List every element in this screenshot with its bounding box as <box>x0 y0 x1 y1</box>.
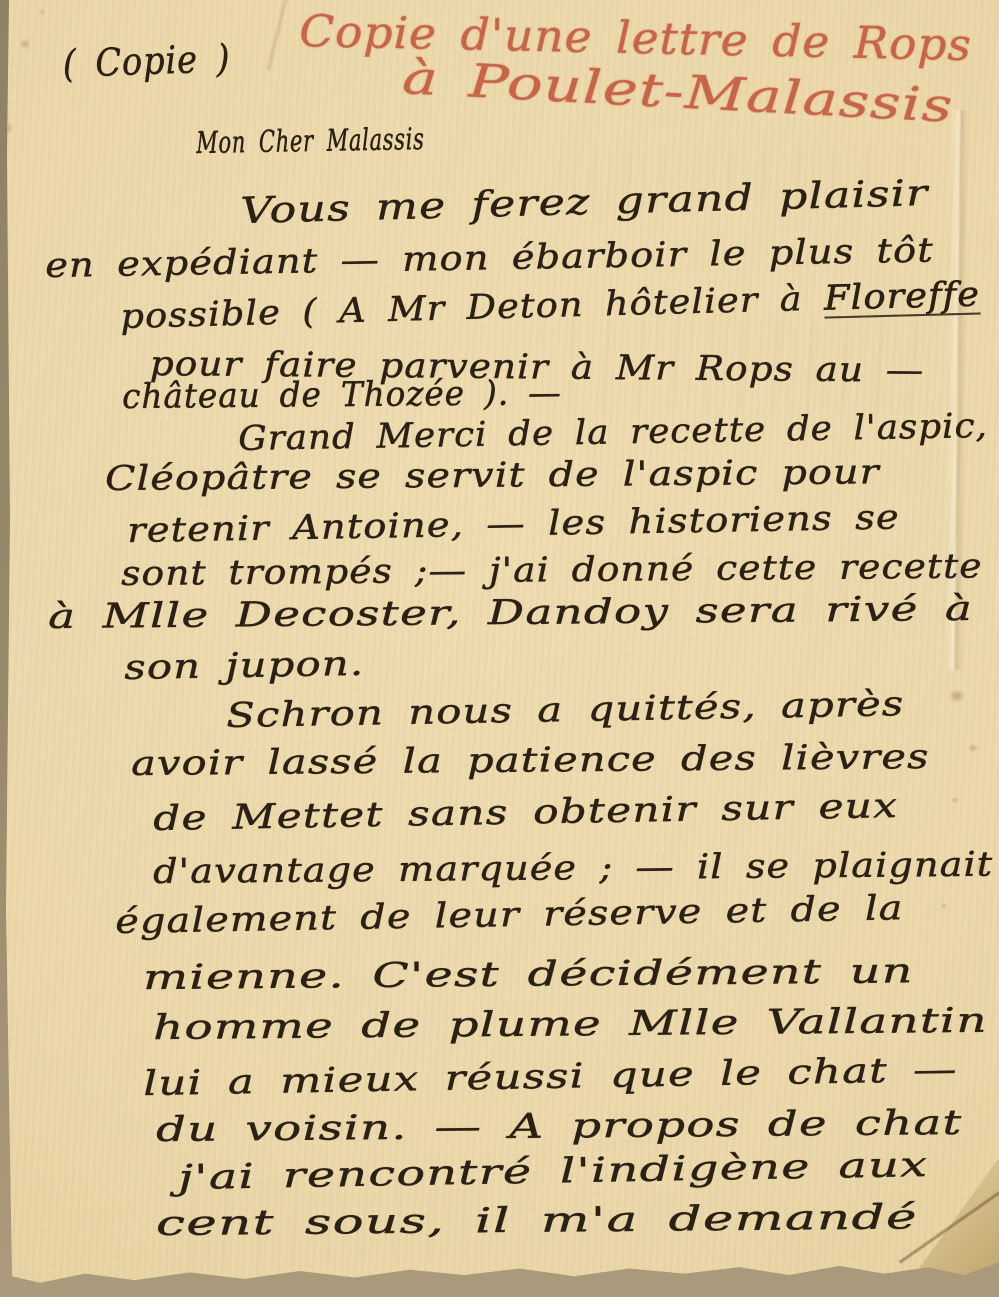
letter-line: également de leur réserve et de la <box>115 888 904 943</box>
copy-note: ( Copie ) <box>62 36 231 87</box>
letter-line: cent sous, il m'a demandé <box>156 1197 918 1244</box>
letter-line: d'avantage marquée ; — il se plaignait <box>153 845 993 893</box>
letter-line: Vous me ferez grand plaisir <box>240 172 929 233</box>
letter-line: Schron nous a quittés, après <box>226 684 905 737</box>
letter-line: Cléopâtre se servit de l'aspic pour <box>105 452 880 500</box>
letter-page: Copie d'une lettre de Rops à Poulet-Mala… <box>0 0 999 1297</box>
letter-line: à Mlle Decoster, Dandoy sera rivé à <box>48 589 973 638</box>
letter-line: retenir Antoine, — les historiens se <box>127 498 900 552</box>
letter-line: mienne. C'est décidément un <box>143 951 914 999</box>
letter-line: j'ai rencontré l'indigène aux <box>178 1145 929 1199</box>
paper-crease <box>267 0 289 71</box>
letter-line: sont trompés ;— j'ai donné cette recette <box>121 546 983 594</box>
scanned-letter: Copie d'une lettre de Rops à Poulet-Mala… <box>0 0 999 1297</box>
letter-line: de Mettet sans obtenir sur eux <box>153 786 898 840</box>
letter-line: son jupon. <box>124 644 365 689</box>
salutation: Mon Cher Malassis <box>196 122 425 162</box>
letter-line: lui a mieux réussi que le chat — <box>143 1050 958 1105</box>
letter-line: homme de plume Mlle Vallantin <box>153 1001 988 1049</box>
letter-line: du voisin. — A propos de chat <box>156 1103 963 1151</box>
letter-line: avoir lassé la patience des lièvres <box>131 737 930 785</box>
letter-line: château de Thozée ). — <box>122 373 562 418</box>
underlined-place-name: Floreffe <box>824 274 981 318</box>
